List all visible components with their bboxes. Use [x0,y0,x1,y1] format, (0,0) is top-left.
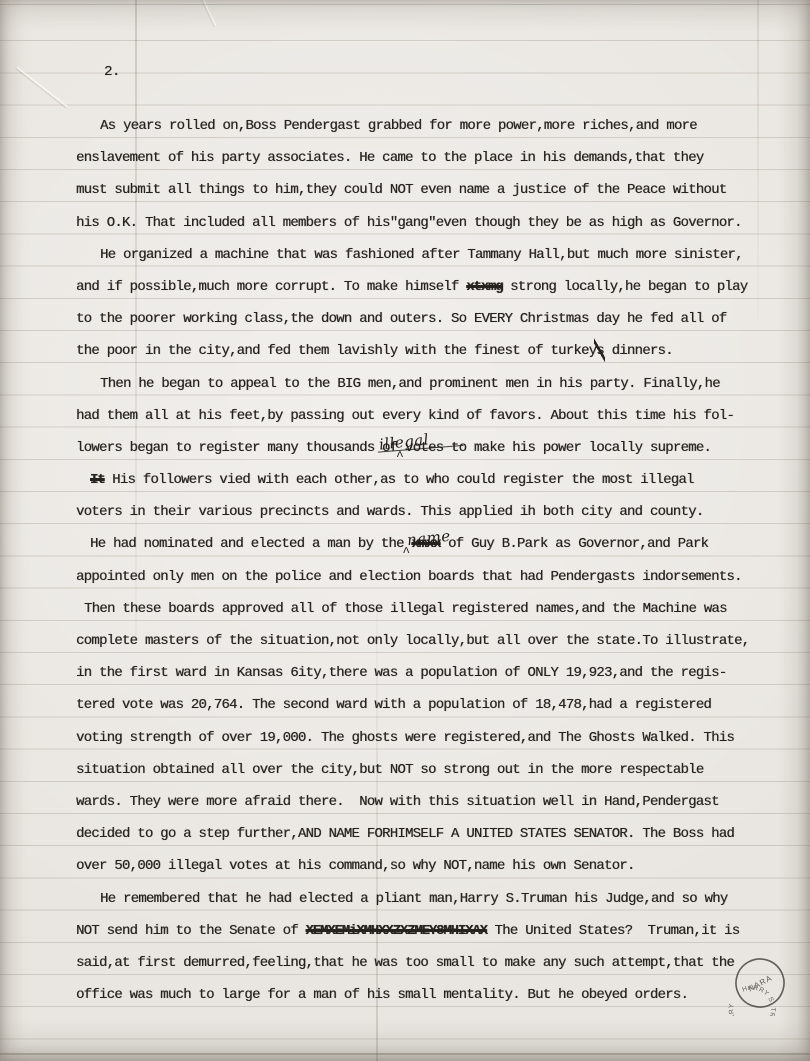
document-lines: As years rolled on,Boss Pendergast grabb… [76,110,800,1011]
typed-text: wards. They were more afraid there. Now … [76,794,719,810]
typed-text: must submit all things to him,they could… [76,182,726,198]
text-line: complete masters of the situation,not on… [76,625,800,657]
typed-text: voting strength of over 19,000. The ghos… [76,730,734,746]
typed-text: He had nominated and elected a man by th… [90,536,411,552]
text-line: the poor in the city,and fed them lavish… [76,335,800,367]
typed-text: said,at first demurred,feeling,that he w… [76,955,734,971]
struck-text: It [90,472,105,488]
typed-text: decided to go a step further,AND NAME FO… [76,826,734,842]
text-line: lowers began to register many thousands … [76,432,800,464]
handwritten-insertion: illegal^votes [405,432,443,464]
typed-text: over 50,000 illegal votes at his command… [76,858,635,874]
typed-text: Then these boards approved all of those … [84,601,727,617]
paper-bottom-edge [0,1053,810,1055]
text-line: in the first ward in Kansas 6ity,there w… [76,657,800,689]
paper-top-edge [0,4,810,5]
page-number: 2. [104,64,120,80]
text-line: his O.K. That included all members of hi… [76,207,800,239]
corner-crease [16,67,68,108]
struck-text: XEMXEMiXMHXXZXZMEY8MHIXAX [306,923,487,939]
caret-mark: ^ [396,441,404,473]
text-line: NOT send him to the Senate of XEMXEMiXMH… [76,915,800,947]
struck-text: xtxmg [466,279,502,295]
text-line: decided to go a step further,AND NAME FO… [76,818,800,850]
typed-text: He remembered that he had elected a plia… [100,891,727,907]
handwritten-word: illegal [378,432,429,452]
typed-text: He organized a machine that was fashione… [100,247,743,263]
handwritten-insertion: name^xmxx [411,528,440,560]
text-line: situation obtained all over the city,but… [76,754,800,786]
slashed-char: s [596,335,604,367]
typed-text: enslavement of his party associates. He … [76,150,703,166]
typed-text: His followers vied with each other,as to… [105,472,694,488]
typed-text: of Guy B.Park as Governor,and Park [440,536,708,552]
text-line: He had nominated and elected a man by th… [76,528,800,560]
text-line: It His followers vied with each other,as… [76,464,800,496]
text-line: As years rolled on,Boss Pendergast grabb… [76,110,800,142]
typed-text: and if possible,much more corrupt. To ma… [76,279,466,295]
text-line: He remembered that he had elected a plia… [76,883,800,915]
text-line: had them all at his feet,by passing out … [76,400,800,432]
text-line: tered vote was 20,764. The second ward w… [76,689,800,721]
typed-text: the poor in the city,and fed them lavish… [76,343,596,359]
typed-text: NOT send him to the Senate of [76,923,306,939]
typed-text: his O.K. That included all members of hi… [76,215,742,231]
typed-text: As years rolled on,Boss Pendergast grabb… [100,118,697,134]
typed-text: in the first ward in Kansas 6ity,there w… [76,665,726,681]
text-line: enslavement of his party associates. He … [76,142,800,174]
text-line: appointed only men on the police and ele… [76,561,800,593]
caret-mark: ^ [402,537,410,569]
typed-text: voters in their various precincts and wa… [76,504,703,520]
scanned-document-page: 2. As years rolled on,Boss Pendergast gr… [0,0,810,1061]
text-line: office was much to large for a man of hi… [76,979,800,1011]
typed-text: office was much to large for a man of hi… [76,987,688,1003]
typed-text: The United States? Truman,it is [487,923,740,939]
typed-text: appointed only men on the police and ele… [76,569,742,585]
typed-text: dinners. [604,343,673,359]
typed-text: to make his power locally supreme. [443,440,711,456]
typed-text: Then he began to appeal to the BIG men,a… [100,376,720,392]
text-line: over 50,000 illegal votes at his command… [76,850,800,882]
typed-text: to the poorer working class,the down and… [76,311,726,327]
typed-text: strong locally,he began to play [503,279,748,295]
typed-text: lowers began to register many thousands … [76,440,405,456]
text-line: Then these boards approved all of those … [76,593,800,625]
typed-text: had them all at his feet,by passing out … [76,408,734,424]
text-line: wards. They were more afraid there. Now … [76,786,800,818]
text-line: must submit all things to him,they could… [76,174,800,206]
typed-text: situation obtained all over the city,but… [76,762,703,778]
text-line: voters in their various precincts and wa… [76,496,800,528]
text-line: to the poorer working class,the down and… [76,303,800,335]
text-line: said,at first demurred,feeling,that he w… [76,947,800,979]
archive-stamp: HARRY S. TRUMAN LIBRARY NARA [727,950,793,1016]
text-line: He organized a machine that was fashione… [76,239,800,271]
text-line: Then he began to appeal to the BIG men,a… [76,368,800,400]
text-line: voting strength of over 19,000. The ghos… [76,722,800,754]
typed-text: complete masters of the situation,not on… [76,633,749,649]
typed-text: tered vote was 20,764. The second ward w… [76,697,711,713]
text-line: and if possible,much more corrupt. To ma… [76,271,800,303]
